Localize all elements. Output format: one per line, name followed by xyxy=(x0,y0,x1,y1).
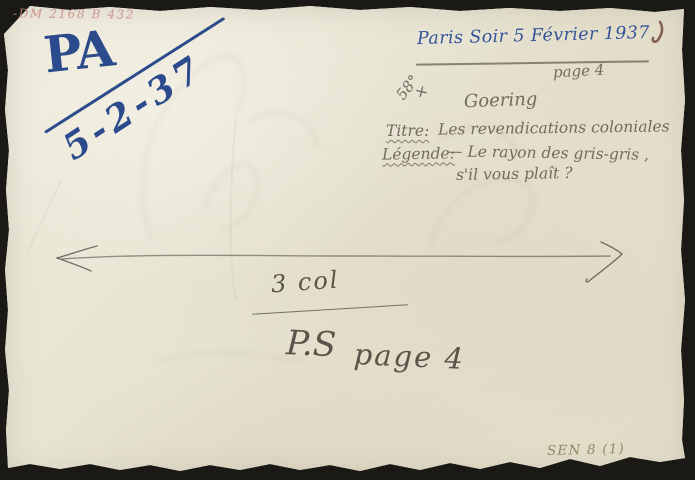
title-text: Les revendications coloniales xyxy=(438,118,670,137)
ps-label: P.S xyxy=(285,323,337,365)
title-label: Titre: xyxy=(386,123,429,139)
caption-label: Légende: xyxy=(382,145,455,163)
agency-initials: PA xyxy=(41,23,115,82)
subject-name: Goering xyxy=(464,91,538,112)
ps-page-note: page 4 xyxy=(353,337,466,376)
caption-line1: — Le rayon des gris-gris , xyxy=(447,143,649,163)
ps-note: P.Spage 4 xyxy=(285,326,466,369)
scanned-photo-verso: -DM 2168 B 432 PA 5-2-37 Paris Soir 5 Fé… xyxy=(0,0,695,480)
archive-reference: SEN 8 (1) xyxy=(547,442,625,458)
page-reference: page 4 xyxy=(553,63,605,81)
columns-note: 3 col xyxy=(270,268,340,298)
caption-line2: s'il vous plaît ? xyxy=(456,165,573,183)
catalog-stamp: -DM 2168 B 432 xyxy=(13,7,135,21)
